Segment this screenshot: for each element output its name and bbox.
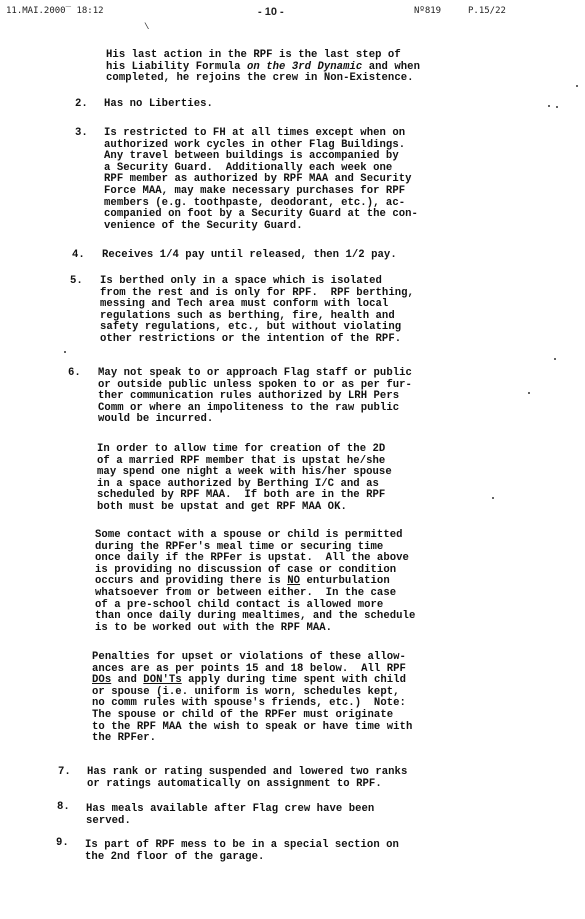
text-line: of a pre-school child contact is allowed…: [95, 599, 383, 611]
text-line: Comm or where an impoliteness to the raw…: [98, 402, 399, 414]
text-line: His last action in the RPF is the last s…: [106, 49, 401, 61]
scan-speck: [576, 85, 578, 87]
text-line: of a married RPF member that is upstat h…: [97, 455, 385, 467]
item-number: 6.: [68, 368, 81, 380]
scan-speck: [556, 106, 558, 108]
scan-speck: [64, 351, 66, 353]
text-line: Some contact with a spouse or child is p…: [95, 529, 403, 541]
text-line: to the RPF MAA the wish to speak or have…: [92, 721, 412, 733]
text-line: DOs and DON'Ts apply during time spent w…: [92, 674, 406, 686]
intro-paragraph: His last action in the RPF is the last s…: [106, 50, 420, 85]
scan-speck: [548, 105, 550, 107]
text-line: companied on foot by a Security Guard at…: [104, 208, 418, 220]
text-line: In order to allow time for creation of t…: [97, 443, 385, 455]
text-line: both must be upstat and get RPF MAA OK.: [97, 501, 347, 513]
text-line: other restrictions or the intention of t…: [100, 333, 401, 345]
text-line: Force MAA, may make necessary purchases …: [104, 185, 405, 197]
text-line: a Security Guard. Additionally each week…: [104, 162, 392, 174]
text-line: in a space authorized by Berthing I/C an…: [97, 478, 379, 490]
text-line: authorized work cycles in other Flag Bui…: [104, 139, 405, 151]
list-item: Is restricted to FH at all times except …: [104, 128, 418, 232]
fax-datetime: 11.MAI.2000‾ 18:12: [6, 6, 104, 16]
fax-number: Nº819: [414, 6, 441, 16]
text-line: Is restricted to FH at all times except …: [104, 127, 405, 139]
item-number: 7.: [58, 767, 71, 779]
text-line: is providing no discussion of case or co…: [95, 564, 396, 576]
text-line: than once daily during mealtimes, and th…: [95, 610, 415, 622]
text-line: regulations such as berthing, fire, heal…: [100, 310, 395, 322]
text-line: Penalties for upset or violations of the…: [92, 651, 406, 663]
text-line: or ratings automatically on assignment t…: [87, 778, 382, 790]
emphasis-text: on the 3rd Dynamic: [247, 61, 362, 73]
text-line: may spend one night a week with his/her …: [97, 466, 392, 478]
list-item: Is part of RPF mess to be in a special s…: [85, 840, 399, 863]
text-line: Receives 1/4 pay until released, then 1/…: [102, 249, 397, 261]
text-line: would be incurred.: [98, 413, 213, 425]
text-line: whatsoever from or between either. In th…: [95, 587, 396, 599]
item-number: 4.: [72, 250, 85, 262]
sub-paragraph: Some contact with a spouse or child is p…: [95, 530, 415, 634]
text-line: or spouse (i.e. uniform is worn, schedul…: [92, 686, 400, 698]
text-line: safety regulations, etc., but without vi…: [100, 321, 401, 333]
text-line: or outside public unless spoken to or as…: [98, 379, 412, 391]
item-number: 8.: [57, 802, 70, 814]
text-line: Has no Liberties.: [104, 98, 213, 110]
text-line: Any travel between buildings is accompan…: [104, 150, 399, 162]
text-line: is to be worked out with the RPF MAA.: [95, 622, 332, 634]
text-line: no comm rules with spouse's friends, etc…: [92, 697, 406, 709]
text-line: ther communication rules authorized by L…: [98, 390, 399, 402]
text-line: Is berthed only in a space which is isol…: [100, 275, 382, 287]
fax-header: 11.MAI.2000‾ 18:12 - 10 - Nº819 P.15/22: [0, 6, 585, 20]
list-item: Has meals available after Flag crew have…: [86, 804, 374, 827]
list-item: Has no Liberties.: [104, 99, 213, 111]
text-line: the RPFer.: [92, 732, 156, 744]
item-number: 9.: [56, 838, 69, 850]
underlined-text: NO: [287, 575, 300, 587]
scan-speck: [492, 497, 494, 499]
list-item: May not speak to or approach Flag staff …: [98, 368, 412, 426]
text-line: The spouse or child of the RPFer must or…: [92, 709, 393, 721]
fax-page-count: P.15/22: [468, 6, 506, 16]
text-line: completed, he rejoins the crew in Non-Ex…: [106, 72, 414, 84]
text-line: from the rest and is only for RPF. RPF b…: [100, 287, 414, 299]
text-line: occurs and providing there is NO enturbu…: [95, 575, 390, 587]
text-line: the 2nd floor of the garage.: [85, 851, 264, 863]
text-line: RPF member as authorized by RPF MAA and …: [104, 173, 412, 185]
list-item: Receives 1/4 pay until released, then 1/…: [102, 250, 397, 262]
text-line: scheduled by RPF MAA. If both are in the…: [97, 489, 385, 501]
text-line: during the RPFer's meal time or securing…: [95, 541, 383, 553]
item-number: 5.: [70, 276, 83, 288]
text-line: ances are as per points 15 and 18 below.…: [92, 663, 406, 675]
text-line: members (e.g. toothpaste, deodorant, etc…: [104, 197, 405, 209]
text-line: Has rank or rating suspended and lowered…: [87, 766, 407, 778]
text-line: Is part of RPF mess to be in a special s…: [85, 839, 399, 851]
text-line: his Liability Formula on the 3rd Dynamic…: [106, 61, 420, 73]
text-line: May not speak to or approach Flag staff …: [98, 367, 412, 379]
item-number: 3.: [75, 128, 88, 140]
stray-mark: \: [144, 22, 149, 32]
scan-speck: [554, 358, 556, 360]
text-line: venience of the Security Guard.: [104, 220, 303, 232]
list-item: Has rank or rating suspended and lowered…: [87, 767, 407, 790]
text-line: once daily if the RPFer is upstat. All t…: [95, 552, 409, 564]
page-number: - 10 -: [258, 6, 284, 18]
text-line: served.: [86, 815, 131, 827]
list-item: Is berthed only in a space which is isol…: [100, 276, 414, 346]
sub-paragraph: Penalties for upset or violations of the…: [92, 652, 412, 745]
scan-speck: [528, 392, 530, 394]
underlined-text: DOs: [92, 674, 111, 686]
sub-paragraph: In order to allow time for creation of t…: [97, 444, 392, 514]
item-number: 2.: [75, 99, 88, 111]
text-line: messing and Tech area must conform with …: [100, 298, 388, 310]
text-line: Has meals available after Flag crew have…: [86, 803, 374, 815]
underlined-text: DON'Ts: [143, 674, 181, 686]
